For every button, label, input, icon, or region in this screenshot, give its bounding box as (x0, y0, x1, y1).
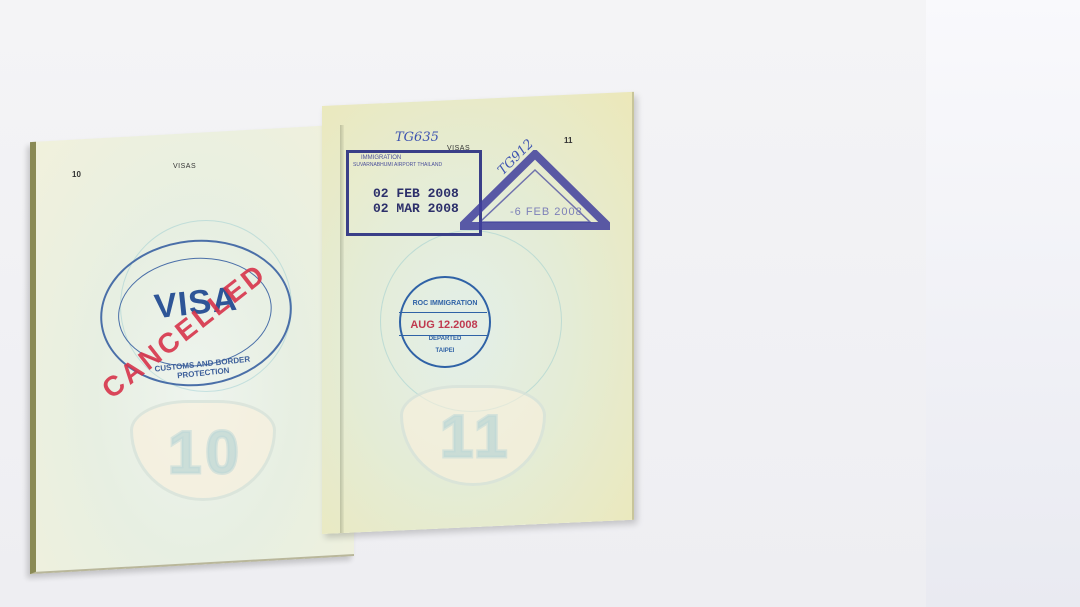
stamp-subtitle: SUVARNABHUMI AIRPORT THAILAND (353, 162, 442, 168)
open-passport: 10 VISAS 10 VISA CUSTOMS AND BORDER PROT… (0, 0, 1080, 607)
stamp-title: ROC IMMIGRATION (407, 300, 483, 307)
departure-date: -6 FEB 2008 (510, 206, 583, 218)
taiwan-immigration-stamp: ROC IMMIGRATION AUG 12.2008 DEPARTED TAI… (399, 276, 491, 368)
permitted-until-date: 02 MAR 2008 (373, 201, 459, 216)
page-number-right: 11 (564, 136, 572, 145)
stamp-date: AUG 12.2008 (401, 319, 487, 331)
stamp-status: DEPARTED (407, 336, 483, 342)
page-number-left: 10 (72, 170, 81, 179)
passport-spine (340, 125, 344, 533)
handwritten-flight-number: TG635 (395, 130, 439, 145)
watermark-page-number-left: 10 (168, 418, 243, 487)
entry-date: 02 FEB 2008 (373, 186, 459, 201)
stamp-location: TAIPEI (407, 348, 483, 354)
stamp-title: IMMIGRATION (361, 155, 401, 161)
departure-triangle-stamp (460, 150, 610, 230)
watermark-page-number-right: 11 (440, 402, 511, 471)
page-header-left: VISAS (173, 163, 196, 170)
